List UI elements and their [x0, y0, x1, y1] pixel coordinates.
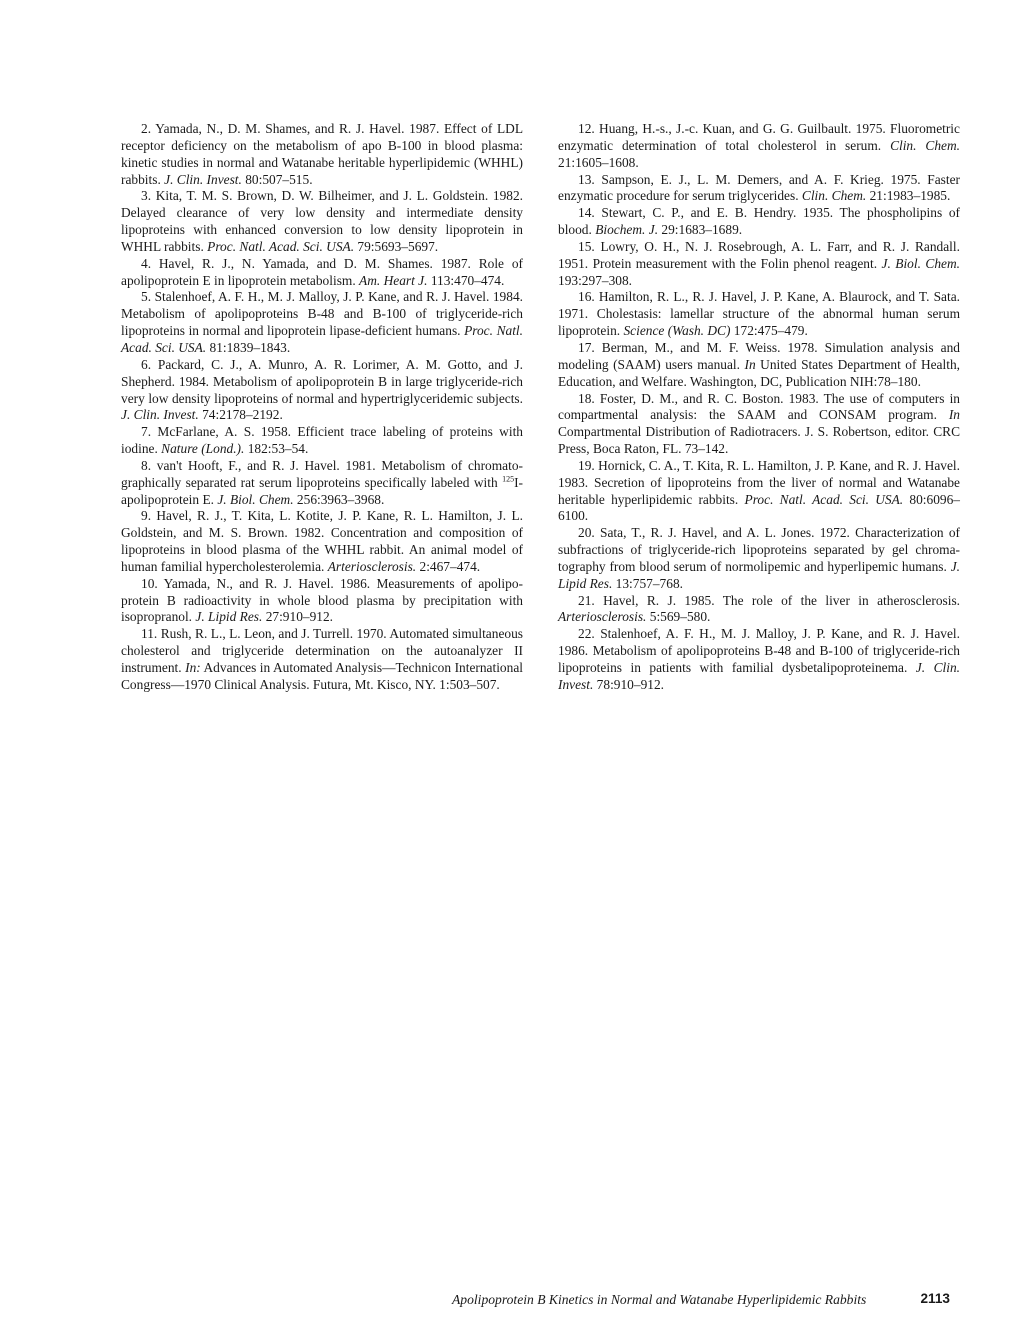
reference-item: 4. Havel, R. J., N. Yamada, and D. M. Sh… [121, 256, 523, 290]
reference-item: 21. Havel, R. J. 1985. The role of the l… [558, 593, 960, 627]
page-footer: Apolipoprotein B Kinetics in Normal and … [452, 1292, 962, 1308]
reference-item: 9. Havel, R. J., T. Kita, L. Kotite, J. … [121, 508, 523, 575]
reference-item: 3. Kita, T. M. S. Brown, D. W. Bilheimer… [121, 188, 523, 255]
reference-item: 7. McFarlane, A. S. 1958. Efficient trac… [121, 424, 523, 458]
running-title: Apolipoprotein B Kinetics in Normal and … [452, 1292, 866, 1307]
reference-item: 11. Rush, R. L., L. Leon, and J. Turrell… [121, 626, 523, 693]
reference-item: 15. Lowry, O. H., N. J. Rosebrough, A. L… [558, 239, 960, 290]
reference-item: 6. Packard, C. J., A. Munro, A. R. Lorim… [121, 357, 523, 424]
reference-item: 13. Sampson, E. J., L. M. Demers, and A.… [558, 172, 960, 206]
reference-item: 10. Yamada, N., and R. J. Havel. 1986. M… [121, 576, 523, 627]
reference-item: 17. Berman, M., and M. F. Weiss. 1978. S… [558, 340, 960, 391]
reference-item: 16. Hamilton, R. L., R. J. Havel, J. P. … [558, 289, 960, 340]
reference-item: 20. Sata, T., R. J. Havel, and A. L. Jon… [558, 525, 960, 592]
reference-item: 8. van't Hooft, F., and R. J. Havel. 198… [121, 458, 523, 509]
page-number: 2113 [921, 1291, 951, 1306]
references-column-left: 2. Yamada, N., D. M. Shames, and R. J. H… [121, 121, 523, 694]
reference-item: 5. Stalenhoef, A. F. H., M. J. Malloy, J… [121, 289, 523, 356]
reference-item: 22. Stalenhoef, A. F. H., M. J. Malloy, … [558, 626, 960, 693]
references-column-right: 12. Huang, H.-s., J.-c. Kuan, and G. G. … [558, 121, 960, 694]
reference-item: 18. Foster, D. M., and R. C. Boston. 198… [558, 391, 960, 458]
reference-item: 2. Yamada, N., D. M. Shames, and R. J. H… [121, 121, 523, 188]
reference-item: 14. Stewart, C. P., and E. B. Hendry. 19… [558, 205, 960, 239]
reference-item: 19. Hornick, C. A., T. Kita, R. L. Hamil… [558, 458, 960, 525]
reference-item: 12. Huang, H.-s., J.-c. Kuan, and G. G. … [558, 121, 960, 172]
